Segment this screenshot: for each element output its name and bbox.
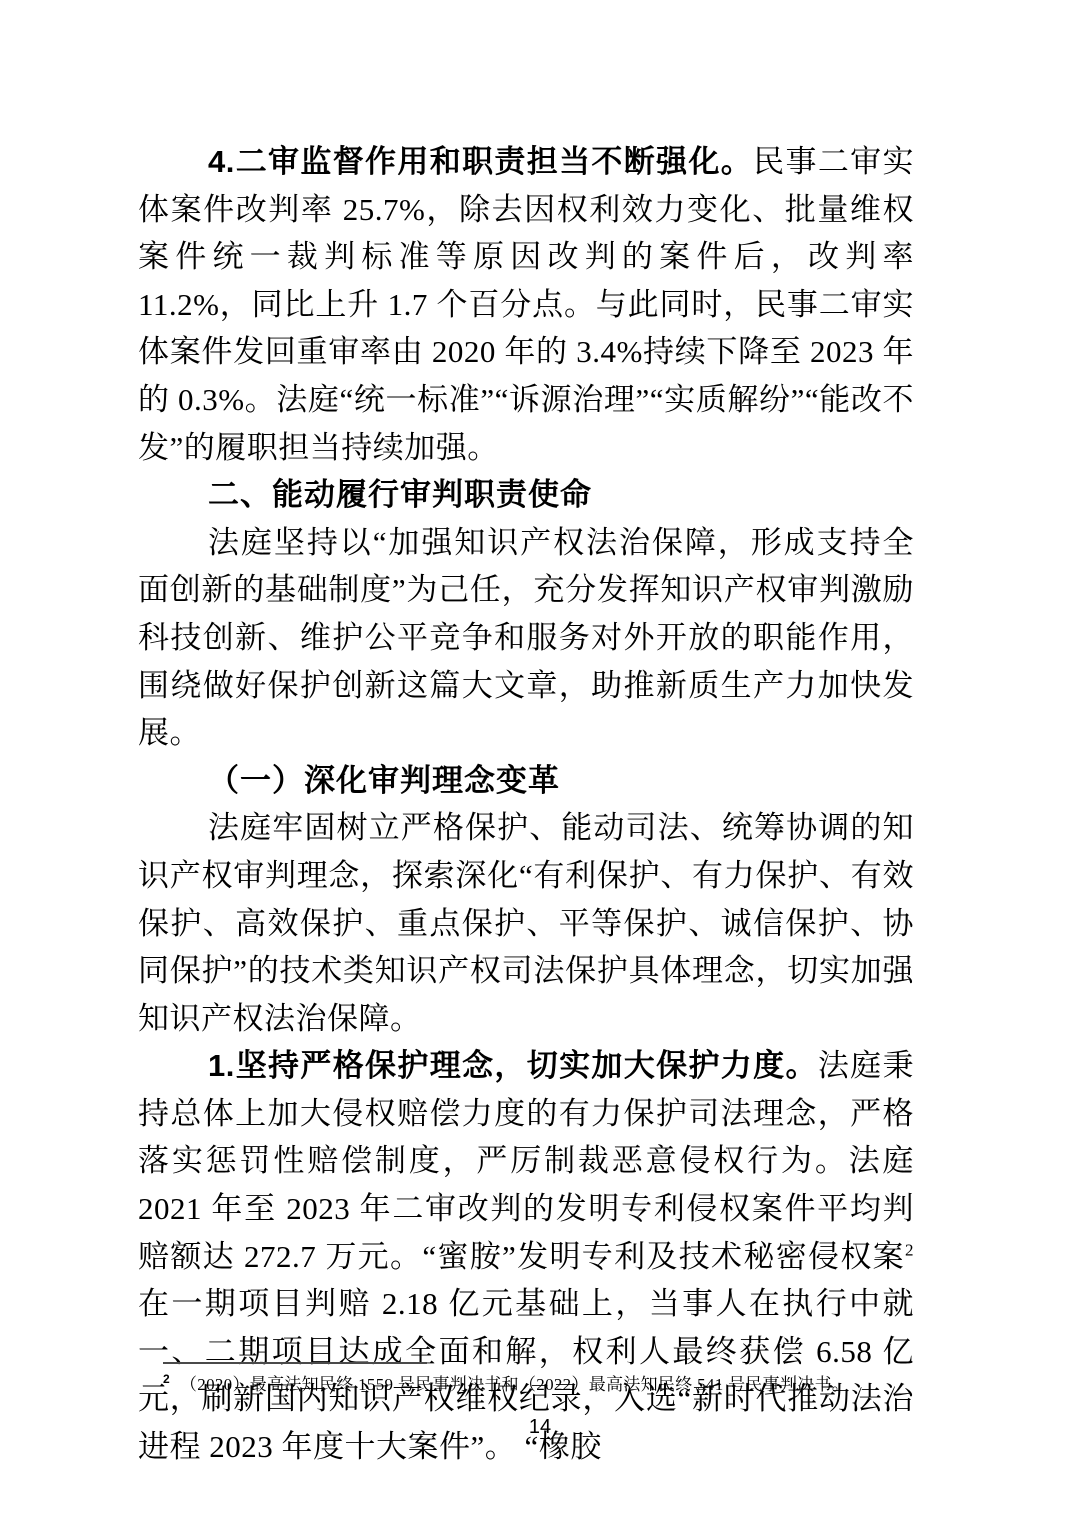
footnote-reference: 2 (905, 1240, 914, 1259)
paragraph: 法庭牢固树立严格保护、能动司法、统筹协调的知识产权审判理念，探索深化“有利保护、… (138, 804, 914, 1042)
paragraph: 1.坚持严格保护理念，切实加大保护力度。法庭秉持总体上加大侵权赔偿力度的有力保护… (138, 1042, 914, 1470)
footnote-text: （2020）最高法知民终 1559 号民事判决书和（2022）最高法知民终 54… (180, 1375, 849, 1394)
body-text: 民事二审实体案件改判率 25.7%，除去因权利效力变化、批量维权案件统一裁判标准… (138, 144, 914, 465)
footnote-divider (163, 1362, 427, 1364)
emphasis-text: 4.二审监督作用和职责担当不断强化。 (208, 144, 753, 179)
section-heading: 二、能动履行审判职责使命 (138, 471, 914, 519)
subsection-heading: （一）深化审判理念变革 (138, 757, 914, 805)
body-text: 法庭坚持以“加强知识产权法治保障，形成支持全面创新的基础制度”为己任，充分发挥知… (138, 525, 914, 750)
emphasis-text: 二、能动履行审判职责使命 (208, 477, 592, 512)
emphasis-text: 1.坚持严格保护理念，切实加大保护力度。 (208, 1048, 818, 1083)
page-number: 14 (0, 1414, 1080, 1440)
paragraph: 法庭坚持以“加强知识产权法治保障，形成支持全面创新的基础制度”为己任，充分发挥知… (138, 519, 914, 757)
footnote: 2（2020）最高法知民终 1559 号民事判决书和（2022）最高法知民终 5… (163, 1372, 913, 1398)
body-text: 法庭牢固树立严格保护、能动司法、统筹协调的知识产权审判理念，探索深化“有利保护、… (138, 810, 914, 1035)
footnote-marker: 2 (163, 1372, 170, 1386)
paragraph: 4.二审监督作用和职责担当不断强化。民事二审实体案件改判率 25.7%，除去因权… (138, 138, 914, 471)
document-page: 4.二审监督作用和职责担当不断强化。民事二审实体案件改判率 25.7%，除去因权… (0, 0, 1080, 1527)
text-block: 4.二审监督作用和职责担当不断强化。民事二审实体案件改判率 25.7%，除去因权… (138, 138, 914, 1471)
emphasis-text: （一）深化审判理念变革 (208, 763, 560, 798)
